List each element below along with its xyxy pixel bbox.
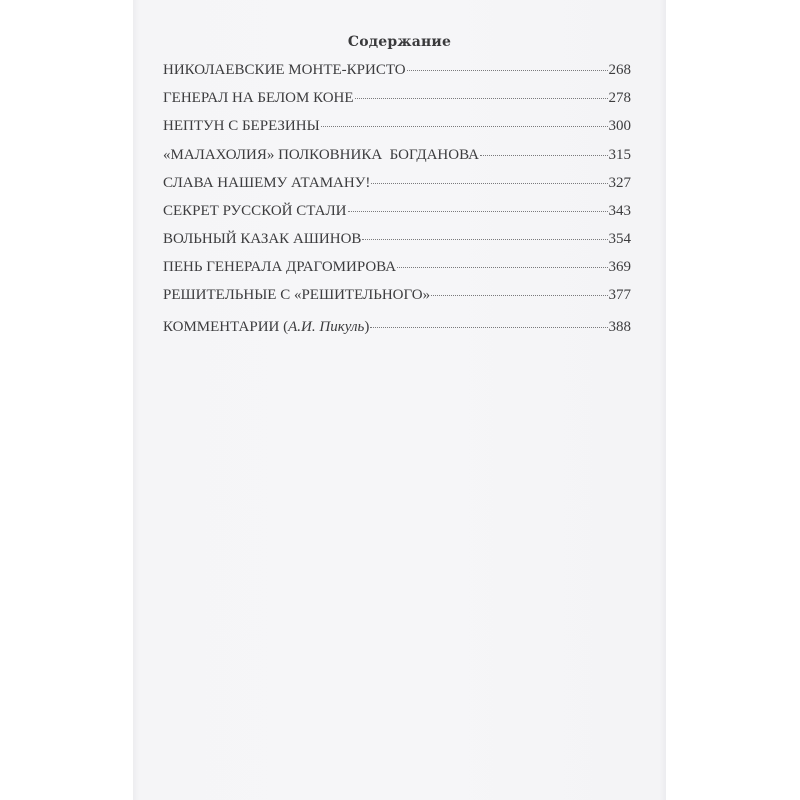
toc-entry-title: «МАЛАХОЛИЯ» ПОЛКОВНИКА БОГДАНОВА bbox=[163, 147, 479, 164]
toc-entry-title: ГЕНЕРАЛ НА БЕЛОМ КОНЕ bbox=[163, 90, 354, 107]
toc-entry-page: 354 bbox=[609, 231, 632, 248]
toc-entry-title: ПЕНЬ ГЕНЕРАЛА ДРАГОМИРОВА bbox=[163, 259, 396, 276]
dot-leader bbox=[480, 155, 608, 156]
dot-leader bbox=[321, 126, 608, 127]
dot-leader bbox=[355, 98, 608, 99]
toc-entry[interactable]: ГЕНЕРАЛ НА БЕЛОМ КОНЕ 278 bbox=[163, 90, 631, 110]
toc-entry-title: СЛАВА НАШЕМУ АТАМАНУ! bbox=[163, 175, 370, 192]
comments-close-paren: ) bbox=[364, 319, 369, 335]
toc-entry-page: 388 bbox=[609, 319, 632, 336]
toc-entry[interactable]: ПЕНЬ ГЕНЕРАЛА ДРАГОМИРОВА 369 bbox=[163, 259, 631, 279]
toc-entry-title: НЕПТУН С БЕРЕЗИНЫ bbox=[163, 118, 320, 135]
dot-leader bbox=[362, 239, 607, 240]
toc-entry[interactable]: «МАЛАХОЛИЯ» ПОЛКОВНИКА БОГДАНОВА 315 bbox=[163, 147, 631, 167]
toc-entry-title: РЕШИТЕЛЬНЫЕ С «РЕШИТЕЛЬНОГО» bbox=[163, 287, 430, 304]
toc-entry-page: 369 bbox=[609, 259, 632, 276]
dot-leader bbox=[407, 70, 608, 71]
toc-entry-comments[interactable]: КОММЕНТАРИИ (А.И. Пикуль) 388 bbox=[163, 319, 631, 339]
book-page: ​ Содержание НИКОЛАЕВСКИЕ МОНТЕ-КРИСТО 2… bbox=[133, 0, 666, 800]
comments-author: А.И. Пикуль bbox=[288, 319, 364, 335]
comments-label: КОММЕНТАРИИ ( bbox=[163, 319, 288, 335]
toc-entry-page: 278 bbox=[609, 90, 632, 107]
toc-entry-title: СЕКРЕТ РУССКОЙ СТАЛИ bbox=[163, 203, 347, 220]
toc-heading: Содержание bbox=[133, 34, 666, 50]
toc-entry-page: 343 bbox=[609, 203, 632, 220]
toc-entry-title: ВОЛЬНЫЙ КАЗАК АШИНОВ bbox=[163, 231, 361, 248]
toc-entry[interactable]: СЛАВА НАШЕМУ АТАМАНУ! 327 bbox=[163, 175, 631, 195]
toc-entry-title: КОММЕНТАРИИ (А.И. Пикуль) bbox=[163, 319, 369, 336]
toc-entry-page: 377 bbox=[609, 287, 632, 304]
toc-entry-page: 327 bbox=[609, 175, 632, 192]
dot-leader bbox=[371, 183, 607, 184]
toc-entry[interactable]: РЕШИТЕЛЬНЫЕ С «РЕШИТЕЛЬНОГО» 377 bbox=[163, 287, 631, 307]
toc-entry[interactable]: НИКОЛАЕВСКИЕ МОНТЕ-КРИСТО 268 bbox=[163, 62, 631, 82]
dot-leader bbox=[397, 267, 607, 268]
toc-entry-page: 268 bbox=[609, 62, 632, 79]
dot-leader bbox=[370, 327, 607, 328]
toc-entry-page: 315 bbox=[609, 147, 632, 164]
toc-entry[interactable]: СЕКРЕТ РУССКОЙ СТАЛИ 343 bbox=[163, 203, 631, 223]
toc-entry-title: НИКОЛАЕВСКИЕ МОНТЕ-КРИСТО bbox=[163, 62, 406, 79]
toc-entry[interactable]: ВОЛЬНЫЙ КАЗАК АШИНОВ 354 bbox=[163, 231, 631, 251]
scanned-page-view: ​ Содержание НИКОЛАЕВСКИЕ МОНТЕ-КРИСТО 2… bbox=[0, 0, 800, 800]
dot-leader bbox=[348, 211, 608, 212]
toc-entry[interactable]: НЕПТУН С БЕРЕЗИНЫ 300 bbox=[163, 118, 631, 138]
dot-leader bbox=[431, 295, 607, 296]
toc-entry-page: 300 bbox=[609, 118, 632, 135]
